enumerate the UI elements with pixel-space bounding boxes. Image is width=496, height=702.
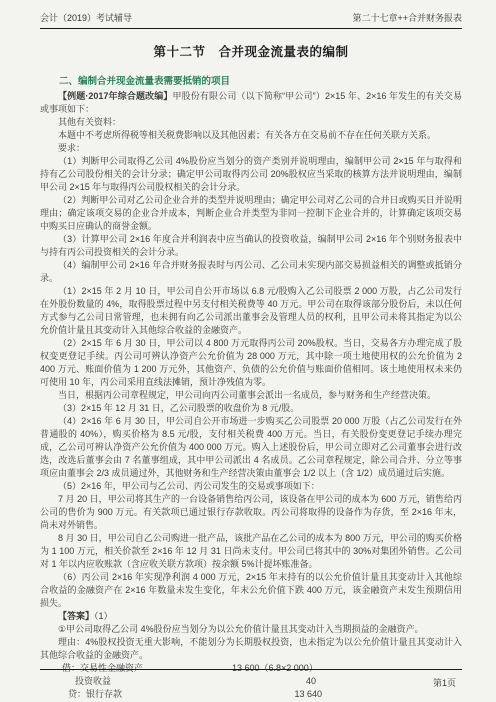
header-right-text: 第二十七章++合并财务报表 xyxy=(352,11,462,24)
paragraph: 8 月 30 日，甲公司自乙公司购进一批产品，该批产品在乙公司的成本为 800 … xyxy=(40,532,462,571)
page-header: 会计（2019）考试辅导 第二十七章++合并财务报表 xyxy=(40,0,462,24)
document-page: 会计（2019）考试辅导 第二十七章++合并财务报表 第十二节 合并现金流量表的… xyxy=(0,0,496,702)
paragraph: 本题中不考虑所得税等相关税费影响以及其他因素；有关各方在交易前不存在任何关联方关… xyxy=(40,129,462,142)
page-number: 第1页 xyxy=(433,676,456,689)
paragraph: （3）计算甲公司 2×16 年度合并利润表中应当确认的投资收益，编制甲公司 2×… xyxy=(40,233,462,259)
paragraph: （4）编制甲公司 2×16 年合并财务报表时与丙公司、乙公司未实现内部交易损益相… xyxy=(40,259,462,285)
journal-amount: 13 640 xyxy=(232,688,322,701)
paragraph: （5）2×16 年，甲公司与乙公司、丙公司发生的交易或事项如下： xyxy=(40,480,462,493)
example-paragraph: 【例题·2017年综合题改编】甲股份有限公司（以下简称“甲公司”）2×15 年、… xyxy=(40,90,462,116)
page-title: 第十二节 合并现金流量表的编制 xyxy=(40,42,462,60)
header-rule xyxy=(40,28,462,29)
paragraph: 当日，根据丙公司章程规定，甲公司向丙公司董事会派出一名成员，参与财务和生产经营决… xyxy=(40,389,462,402)
journal-amount: 40 xyxy=(232,675,316,688)
paragraph: （2）2×15 年 6 月 30 日，甲公司以 4 800 万元取得丙公司 20… xyxy=(40,337,462,389)
paragraph: （3）2×15 年 12 月 31 日，乙公司股票的收盘价为 8 元/股。 xyxy=(40,402,462,415)
example-tag: 【例题·2017年综合题改编】 xyxy=(58,91,173,101)
journal-entry: 借：交易性金融资产 13 600（6.8×2 000） 投资收益 40 贷：银行… xyxy=(40,662,462,701)
journal-line: 投资收益 40 xyxy=(40,675,462,688)
paragraph: （1）2×15 年 2 月 10 日，甲公司自公开市场以 6.8 元/股购入乙公… xyxy=(40,285,462,337)
section-heading: 二、编制合并现金流量表需要抵销的项目 xyxy=(40,73,462,87)
paragraph: 其他有关资料： xyxy=(40,116,462,129)
paragraph: 理由：4%股权投资无重大影响，不能划分为长期股权投资，也未指定为以公允价值计量且… xyxy=(40,636,462,662)
paragraph: 7 月 20 日，甲公司将其生产的一台设备销售给丙公司，该设备在甲公司的成本为 … xyxy=(40,493,462,532)
footer-rule xyxy=(40,669,462,670)
journal-label: 投资收益 xyxy=(75,675,111,688)
paragraph: （2）判断甲公司对乙公司企业合并的类型并说明理由；确定甲公司对乙公司的合并日或购… xyxy=(40,194,462,233)
answer-tag: 【答案】 xyxy=(58,611,94,621)
header-left-text: 会计（2019）考试辅导 xyxy=(40,11,132,24)
answer-paragraph: 【答案】（1） xyxy=(40,610,462,623)
journal-label: 贷：银行存款 xyxy=(68,688,122,701)
paragraph: （6）丙公司 2×16 年实现净利润 4 000 万元，2×15 年末持有的以公… xyxy=(40,571,462,610)
answer-number: （1） xyxy=(94,611,113,621)
journal-line: 贷：银行存款 13 640 xyxy=(40,688,462,701)
paragraph: （4）2×16 年 6 月 30 日，甲公司自公开市场进一步购买乙公司股票 20… xyxy=(40,415,462,480)
paragraph: （1）判断甲公司取得乙公司 4%股份应当划分的资产类别并说明理由，编制甲公司 2… xyxy=(40,155,462,194)
paragraph: ①甲公司取得乙公司 4%股份应当划分为以公允价值计量且其变动计入当期损益的金融资… xyxy=(40,623,462,636)
paragraph: 要求： xyxy=(40,142,462,155)
